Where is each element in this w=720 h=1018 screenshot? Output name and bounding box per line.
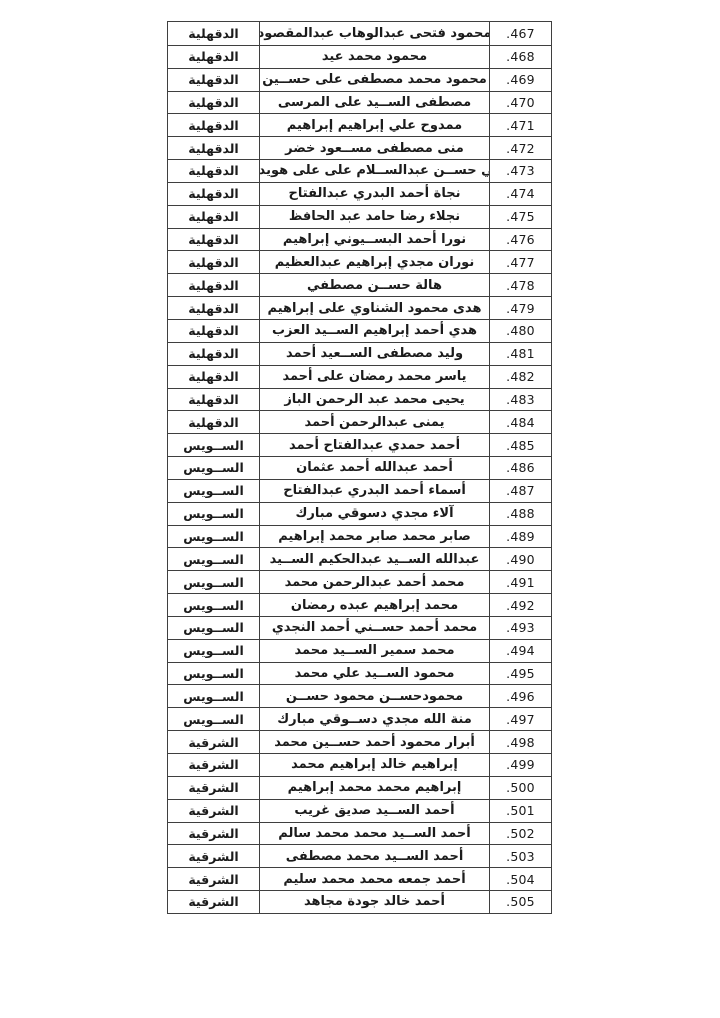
document-page: 467. محمود فتحى عبدالوهاب عبدالمقصود الد…	[0, 0, 720, 1018]
governorate-cell: الشرقية	[168, 731, 259, 753]
person-name-cell: هالة حســن مصطفي	[259, 274, 489, 296]
person-name-cell: ياسر محمد رمضان على أحمد	[259, 366, 489, 388]
table-row: 501. أحمد الســيد صديق غريب الشرقية	[168, 799, 551, 822]
person-name-cell: مي حســن عبدالســلام على على هويدي	[259, 160, 489, 182]
serial-number-cell: 471.	[489, 114, 551, 136]
table-row: 497. منة الله مجدي دســوقي مبارك الســوي…	[168, 707, 551, 730]
table-row: 473. مي حســن عبدالســلام على على هويدي …	[168, 159, 551, 182]
serial-number-cell: 495.	[489, 663, 551, 685]
serial-number-cell: 503.	[489, 845, 551, 867]
serial-number-cell: 492.	[489, 594, 551, 616]
serial-number-cell: 477.	[489, 251, 551, 273]
governorate-cell: الســويس	[168, 571, 259, 593]
table-row: 485. أحمد حمدي عبدالفتاح أحمد الســويس	[168, 433, 551, 456]
serial-number-cell: 467.	[489, 22, 551, 45]
serial-number-cell: 483.	[489, 389, 551, 411]
table-row: 490. عبدالله الســيد عبدالحكيم الســيد ا…	[168, 547, 551, 570]
serial-number-cell: 491.	[489, 571, 551, 593]
table-row: 500. إبراهيم محمد محمد إبراهيم الشرقية	[168, 776, 551, 799]
serial-number-cell: 488.	[489, 503, 551, 525]
table-row: 503. أحمد الســيد محمد مصطفى الشرقية	[168, 844, 551, 867]
governorate-cell: الدقهلية	[168, 137, 259, 159]
serial-number-cell: 472.	[489, 137, 551, 159]
governorate-cell: الدقهلية	[168, 46, 259, 68]
person-name-cell: محمد سمير الســيد محمد	[259, 640, 489, 662]
person-name-cell: محمد إبراهيم عبده رمضان	[259, 594, 489, 616]
serial-number-cell: 481.	[489, 343, 551, 365]
table-row: 483. يحيى محمد عبد الرحمن الباز الدقهلية	[168, 388, 551, 411]
governorate-cell: الدقهلية	[168, 320, 259, 342]
serial-number-cell: 497.	[489, 708, 551, 730]
governorate-cell: الســويس	[168, 708, 259, 730]
governorate-cell: الشرقية	[168, 823, 259, 845]
person-name-cell: محمود الســيد علي محمد	[259, 663, 489, 685]
serial-number-cell: 486.	[489, 457, 551, 479]
serial-number-cell: 475.	[489, 206, 551, 228]
table-row: 487. أسماء أحمد البدري عبدالفتاح الســوي…	[168, 479, 551, 502]
person-name-cell: محمد أحمد عبدالرحمن محمد	[259, 571, 489, 593]
person-name-cell: منى مصطفى مســعود خضر	[259, 137, 489, 159]
governorate-cell: الدقهلية	[168, 274, 259, 296]
serial-number-cell: 496.	[489, 685, 551, 707]
person-name-cell: إبراهيم محمد محمد إبراهيم	[259, 777, 489, 799]
serial-number-cell: 473.	[489, 160, 551, 182]
table-row: 474. نجاة أحمد البدري عبدالفتاح الدقهلية	[168, 182, 551, 205]
table-row: 494. محمد سمير الســيد محمد الســويس	[168, 639, 551, 662]
person-name-cell: أسماء أحمد البدري عبدالفتاح	[259, 480, 489, 502]
person-name-cell: نجاة أحمد البدري عبدالفتاح	[259, 183, 489, 205]
table-row: 499. إبراهيم خالد إبراهيم محمد الشرقية	[168, 753, 551, 776]
governorate-cell: الدقهلية	[168, 22, 259, 45]
person-name-cell: هدي أحمد إبراهيم الســيد العزب	[259, 320, 489, 342]
serial-number-cell: 501.	[489, 800, 551, 822]
table-row: 475. نجلاء رضا حامد عبد الحافظ الدقهلية	[168, 205, 551, 228]
governorate-cell: الدقهلية	[168, 69, 259, 91]
person-name-cell: أحمد حمدي عبدالفتاح أحمد	[259, 434, 489, 456]
person-name-cell: محمود محمد عيد	[259, 46, 489, 68]
governorate-cell: الدقهلية	[168, 160, 259, 182]
serial-number-cell: 500.	[489, 777, 551, 799]
governorate-cell: الســويس	[168, 548, 259, 570]
person-name-cell: هدى محمود الشناوي على إبراهيم	[259, 297, 489, 319]
table-row: 470. مصطفى الســيد على المرسى الدقهلية	[168, 91, 551, 114]
serial-number-cell: 476.	[489, 229, 551, 251]
serial-number-cell: 502.	[489, 823, 551, 845]
governorate-cell: الشرقية	[168, 845, 259, 867]
governorate-cell: الدقهلية	[168, 411, 259, 433]
governorate-cell: الســويس	[168, 640, 259, 662]
governorate-cell: الدقهلية	[168, 92, 259, 114]
serial-number-cell: 468.	[489, 46, 551, 68]
table-row: 480. هدي أحمد إبراهيم الســيد العزب الدق…	[168, 319, 551, 342]
person-name-cell: إبراهيم خالد إبراهيم محمد	[259, 754, 489, 776]
person-name-cell: أحمد الســيد محمد محمد سالم	[259, 823, 489, 845]
governorate-cell: الدقهلية	[168, 366, 259, 388]
governorate-cell: الدقهلية	[168, 251, 259, 273]
table-row: 504. أحمد جمعه محمد محمد سليم الشرقية	[168, 867, 551, 890]
table-row: 498. أبرار محمود أحمد حســين محمد الشرقي…	[168, 730, 551, 753]
serial-number-cell: 505.	[489, 891, 551, 913]
governorate-cell: الســويس	[168, 457, 259, 479]
governorate-cell: الشرقية	[168, 891, 259, 913]
governorate-cell: الســويس	[168, 594, 259, 616]
person-name-cell: محمود محمد مصطفى على حســين	[259, 69, 489, 91]
serial-number-cell: 498.	[489, 731, 551, 753]
serial-number-cell: 489.	[489, 526, 551, 548]
serial-number-cell: 487.	[489, 480, 551, 502]
table-row: 493. محمد أحمد حســني أحمد النجدي الســو…	[168, 616, 551, 639]
person-name-cell: عبدالله الســيد عبدالحكيم الســيد	[259, 548, 489, 570]
table-row: 471. ممدوح علي إبراهيم إبراهيم الدقهلية	[168, 113, 551, 136]
table-row: 496. محمودحســن محمود حســن الســويس	[168, 684, 551, 707]
governorate-cell: الســويس	[168, 617, 259, 639]
governorate-cell: الدقهلية	[168, 206, 259, 228]
table-row: 468. محمود محمد عيد الدقهلية	[168, 45, 551, 68]
serial-number-cell: 504.	[489, 868, 551, 890]
serial-number-cell: 484.	[489, 411, 551, 433]
serial-number-cell: 490.	[489, 548, 551, 570]
person-name-cell: محمودحســن محمود حســن	[259, 685, 489, 707]
governorate-cell: الدقهلية	[168, 183, 259, 205]
governorate-cell: الدقهلية	[168, 343, 259, 365]
governorate-cell: الدقهلية	[168, 389, 259, 411]
person-name-cell: أحمد جمعه محمد محمد سليم	[259, 868, 489, 890]
person-name-cell: أحمد الســيد محمد مصطفى	[259, 845, 489, 867]
table-row: 495. محمود الســيد علي محمد الســويس	[168, 662, 551, 685]
serial-number-cell: 480.	[489, 320, 551, 342]
person-name-cell: أحمد الســيد صديق غريب	[259, 800, 489, 822]
governorate-cell: الســويس	[168, 480, 259, 502]
person-name-cell: محمود فتحى عبدالوهاب عبدالمقصود	[259, 22, 489, 45]
governorate-cell: الســويس	[168, 526, 259, 548]
serial-number-cell: 493.	[489, 617, 551, 639]
person-name-cell: مصطفى الســيد على المرسى	[259, 92, 489, 114]
table-row: 492. محمد إبراهيم عبده رمضان الســويس	[168, 593, 551, 616]
table-row: 502. أحمد الســيد محمد محمد سالم الشرقية	[168, 822, 551, 845]
person-name-cell: يمنى عبدالرحمن أحمد	[259, 411, 489, 433]
table-row: 505. أحمد خالد جودة مجاهد الشرقية	[168, 890, 551, 913]
person-name-cell: منة الله مجدي دســوقي مبارك	[259, 708, 489, 730]
person-name-cell: أحمد عبدالله أحمد عثمان	[259, 457, 489, 479]
serial-number-cell: 474.	[489, 183, 551, 205]
person-name-cell: آلاء مجدي دسوقي مبارك	[259, 503, 489, 525]
table-row: 472. منى مصطفى مســعود خضر الدقهلية	[168, 136, 551, 159]
person-name-cell: أحمد خالد جودة مجاهد	[259, 891, 489, 913]
table-row: 479. هدى محمود الشناوي على إبراهيم الدقه…	[168, 296, 551, 319]
person-name-cell: وليد مصطفى الســعيد أحمد	[259, 343, 489, 365]
table-row: 476. نورا أحمد البســيوني إبراهيم الدقهل…	[168, 228, 551, 251]
table-row: 488. آلاء مجدي دسوقي مبارك الســويس	[168, 502, 551, 525]
governorate-cell: الســويس	[168, 434, 259, 456]
person-name-cell: نوران مجدي إبراهيم عبدالعظيم	[259, 251, 489, 273]
serial-number-cell: 482.	[489, 366, 551, 388]
serial-number-cell: 470.	[489, 92, 551, 114]
governorate-cell: الشرقية	[168, 777, 259, 799]
table-row: 489. صابر محمد صابر محمد إبراهيم الســوي…	[168, 525, 551, 548]
governorate-cell: الشرقية	[168, 800, 259, 822]
governorate-cell: الدقهلية	[168, 229, 259, 251]
person-name-cell: نجلاء رضا حامد عبد الحافظ	[259, 206, 489, 228]
serial-number-cell: 485.	[489, 434, 551, 456]
table-row: 467. محمود فتحى عبدالوهاب عبدالمقصود الد…	[168, 22, 551, 45]
governorate-cell: الســويس	[168, 503, 259, 525]
serial-number-cell: 499.	[489, 754, 551, 776]
governorate-cell: الشرقية	[168, 754, 259, 776]
table-row: 482. ياسر محمد رمضان على أحمد الدقهلية	[168, 365, 551, 388]
table-row: 486. أحمد عبدالله أحمد عثمان الســويس	[168, 456, 551, 479]
governorate-cell: الشرقية	[168, 868, 259, 890]
serial-number-cell: 469.	[489, 69, 551, 91]
governorate-cell: الدقهلية	[168, 297, 259, 319]
table-row: 477. نوران مجدي إبراهيم عبدالعظيم الدقهل…	[168, 250, 551, 273]
person-name-cell: أبرار محمود أحمد حســين محمد	[259, 731, 489, 753]
serial-number-cell: 478.	[489, 274, 551, 296]
governorate-cell: الســويس	[168, 663, 259, 685]
table-row: 484. يمنى عبدالرحمن أحمد الدقهلية	[168, 410, 551, 433]
person-name-cell: يحيى محمد عبد الرحمن الباز	[259, 389, 489, 411]
person-name-cell: محمد أحمد حســني أحمد النجدي	[259, 617, 489, 639]
table-row: 469. محمود محمد مصطفى على حســين الدقهلي…	[168, 68, 551, 91]
person-name-cell: ممدوح علي إبراهيم إبراهيم	[259, 114, 489, 136]
governorate-cell: الدقهلية	[168, 114, 259, 136]
table-row: 481. وليد مصطفى الســعيد أحمد الدقهلية	[168, 342, 551, 365]
table-row: 491. محمد أحمد عبدالرحمن محمد الســويس	[168, 570, 551, 593]
person-name-cell: صابر محمد صابر محمد إبراهيم	[259, 526, 489, 548]
governorate-cell: الســويس	[168, 685, 259, 707]
names-table: 467. محمود فتحى عبدالوهاب عبدالمقصود الد…	[167, 21, 552, 914]
serial-number-cell: 479.	[489, 297, 551, 319]
person-name-cell: نورا أحمد البســيوني إبراهيم	[259, 229, 489, 251]
serial-number-cell: 494.	[489, 640, 551, 662]
table-row: 478. هالة حســن مصطفي الدقهلية	[168, 273, 551, 296]
